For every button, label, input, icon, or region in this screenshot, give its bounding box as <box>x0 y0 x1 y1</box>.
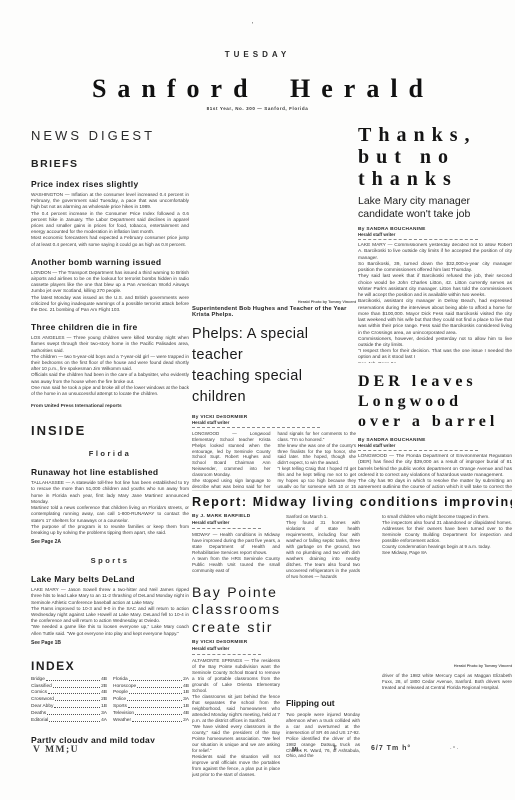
byline-block: By SANDRA BOUCHANINE Herald staff writer <box>358 438 512 451</box>
bottom-column-b: Sanford on March 1. They found 31 homes … <box>286 514 360 778</box>
bottom-column-a: By J. MARK BARFIELD Herald staff writer … <box>192 514 280 778</box>
thanks-body: LAKE MARY — Commissioners yesterday deci… <box>358 243 512 363</box>
index-name: Bridge <box>31 677 45 682</box>
dot-leader <box>137 685 182 688</box>
section-kicker: Sports <box>31 556 189 565</box>
dot-leader <box>47 712 100 715</box>
index-page: 4B <box>101 690 107 695</box>
index-name: Deaths <box>31 711 46 716</box>
dot-leader <box>129 691 182 694</box>
phelps-article-column: Herald Photo by Tommy Vincent Superinten… <box>192 120 356 488</box>
index-page: 4B <box>183 684 189 689</box>
news-digest-title: NEWS DIGEST <box>31 128 189 143</box>
brief-article: Price index rises slightly WASHINGTON — … <box>31 179 189 248</box>
der-headline: DER leaves Longwood over a barrel <box>358 372 512 432</box>
flipping-out-continuation: driver of the 1982 white Mercury Capri a… <box>382 673 512 691</box>
news-digest-column: NEWS DIGEST BRIEFS Price index rises sli… <box>31 128 189 743</box>
day-banner: TUESDAY <box>0 50 515 59</box>
brief-article: Three children die in fire LOS ANGELES —… <box>31 322 189 397</box>
dot-leader <box>55 698 100 701</box>
dot-leader <box>135 712 182 715</box>
der-body: LONGWOOD — The Florida Department of Env… <box>358 454 512 488</box>
byline-title: Herald staff writer <box>192 646 261 655</box>
dot-leader <box>128 705 182 708</box>
index-name: Comics <box>31 690 47 695</box>
brief-headline: Price index rises slightly <box>31 179 189 189</box>
index-name: Crossword <box>31 697 54 702</box>
index-entry: Dear Abby1B <box>31 704 107 709</box>
index-column-left: Bridge4B Classified2B Comics4B Crossword… <box>31 677 107 725</box>
index-page: 1B <box>101 704 107 709</box>
index-page: 3A <box>101 711 107 716</box>
masthead-subtitle: 81st Year, No. 300 — Sanford, Florida <box>0 106 515 111</box>
washed-out-photo <box>192 120 356 298</box>
dot-leader <box>132 719 182 722</box>
brief-headline: Another bomb warning issued <box>31 257 189 267</box>
index-entry: Horoscope4B <box>113 684 189 689</box>
photo-credit: Herald Photo by Tommy Vincent <box>382 664 512 669</box>
thanks-headline: Thanks, but no thanks <box>358 124 512 190</box>
newspaper-front-page: ' TUESDAY Sanford Herald 81st Year, No. … <box>0 0 515 800</box>
scan-artifact-text: 6/7 Tm h° <box>371 745 411 752</box>
index-entry: Police3A <box>113 697 189 702</box>
section-kicker: Florida <box>31 449 189 458</box>
scan-artifact-text: V MM;U <box>33 745 79 755</box>
index-page: 4B <box>183 711 189 716</box>
right-column: Thanks, but no thanks Lake Mary city man… <box>358 124 512 488</box>
index-column-right: Florida2A Horoscope4B People1B Police3A … <box>113 677 189 725</box>
brief-body: LONDON — The Transport Department has is… <box>31 270 189 313</box>
index-name: Editorial <box>31 718 48 723</box>
byline-block: By VICKI DeSORMIER Herald staff writer <box>192 415 356 428</box>
index-page: 2B <box>101 697 107 702</box>
phelps-body: LONGWOOD — Longwood Elementary School te… <box>192 431 356 488</box>
byline-title: Herald staff writer <box>358 232 478 240</box>
scan-artifact-text: Mi . <box>292 747 301 753</box>
byline-title: Herald staff writer <box>358 443 478 451</box>
byline-block: By VICKI DeSORMIER Herald staff writer <box>192 640 280 655</box>
index-name: People <box>113 690 128 695</box>
brief-headline: Three children die in fire <box>31 322 189 332</box>
index-name: Police <box>113 697 126 702</box>
midway-body-part1: MIDWAY — Health conditions in Midway hav… <box>192 532 280 574</box>
inside-headline: Runaway hot line established <box>31 467 189 477</box>
index-entry: Deaths3A <box>31 711 107 716</box>
index-page: 3A <box>183 697 189 702</box>
see-page-ref: See Page 2A <box>31 539 189 545</box>
index-name: Sports <box>113 704 127 709</box>
phelps-headline: Phelps: A special teacher teaching speci… <box>192 324 356 408</box>
inside-body: LAKE MARY — Jason Sowell threw a two-hit… <box>31 587 189 637</box>
brief-article: Another bomb warning issued LONDON — The… <box>31 257 189 313</box>
fold-mark: ' <box>252 22 253 29</box>
dot-leader <box>46 678 100 681</box>
masthead-title: Sanford Herald <box>0 74 515 104</box>
midway-body-part3: to small children who might become trapp… <box>382 514 512 556</box>
briefs-title: BRIEFS <box>31 158 189 170</box>
index-entry: Crossword2B <box>31 697 107 702</box>
byline-title: Herald staff writer <box>192 520 261 529</box>
baypointe-headline: Bay Pointe classrooms create stir <box>192 584 280 637</box>
index-page: 2A <box>183 677 189 682</box>
index-entry: Comics4B <box>31 690 107 695</box>
scan-artifact-text: T <box>333 746 337 752</box>
inside-title: INSIDE <box>31 423 189 438</box>
scan-artifact-text: · ° · <box>450 746 458 752</box>
dot-leader <box>127 698 182 701</box>
index-name: Horoscope <box>113 684 136 689</box>
brief-body: WASHINGTON — Inflation at the consumer l… <box>31 192 189 248</box>
photo-credit: Herald Photo by Tommy Vincent <box>192 300 356 304</box>
inside-body: TALLAHASSEE — A statewide toll-free hot … <box>31 480 189 536</box>
index-entry: Bridge4B <box>31 677 107 682</box>
brief-body: LOS ANGELES — Three young children were … <box>31 335 189 397</box>
index-entry: Classified2B <box>31 684 107 689</box>
bottom-column-c: to small children who might become trapp… <box>382 514 512 778</box>
dot-leader <box>48 691 100 694</box>
index-name: Dear Abby <box>31 704 53 709</box>
dot-leader <box>54 705 100 708</box>
thanks-subhead: Lake Mary city manager candidate won't t… <box>358 195 512 221</box>
flipping-out-headline: Flipping out <box>286 698 360 709</box>
index-name: Classified <box>31 684 52 689</box>
dot-leader <box>53 685 100 688</box>
index-entry: People1B <box>113 690 189 695</box>
midway-headline: Report: Midway living conditions improvi… <box>192 495 512 509</box>
index-page: 1B <box>183 704 189 709</box>
byline-title: Herald staff writer <box>192 420 320 428</box>
see-page-ref: See Page 1B <box>31 640 189 646</box>
index-title: INDEX <box>31 659 189 673</box>
index-name: Weather <box>113 718 131 723</box>
index-page: 1B <box>183 690 189 695</box>
byline-block: By J. MARK BARFIELD Herald staff writer <box>192 514 280 529</box>
weather-headline: Partly cloudy and mild today <box>31 735 189 743</box>
bottom-columns: By J. MARK BARFIELD Herald staff writer … <box>192 514 512 778</box>
baypointe-body: ALTAMONTE SPRINGS — The residents of the… <box>192 658 280 778</box>
inside-section-sports: Sports Lake Mary belts DeLand LAKE MARY … <box>31 556 189 646</box>
dot-leader <box>49 719 100 722</box>
index-entry: Florida2A <box>113 677 189 682</box>
byline-block: By SANDRA BOUCHANINE Herald staff writer <box>358 227 512 240</box>
index-table: Bridge4B Classified2B Comics4B Crossword… <box>31 677 189 725</box>
inside-section-florida: Florida Runaway hot line established TAL… <box>31 449 189 545</box>
bottom-section: Report: Midway living conditions improvi… <box>192 490 512 778</box>
midway-body-part2: Sanford on March 1. They found 31 homes … <box>286 514 360 580</box>
index-entry: Weather2A <box>113 718 189 723</box>
index-name: Television <box>113 711 134 716</box>
index-entry: Sports1B <box>113 704 189 709</box>
index-page: 2A <box>183 718 189 723</box>
dot-leader <box>129 678 182 681</box>
briefs-footer: From United Press International reports <box>31 404 189 409</box>
index-name: Florida <box>113 677 128 682</box>
index-entry: Editorial4A <box>31 718 107 723</box>
photo-caption: Superintendent Bob Hughes and Teacher of… <box>192 306 356 318</box>
index-page: 4B <box>101 677 107 682</box>
inside-headline: Lake Mary belts DeLand <box>31 574 189 584</box>
index-page: 2B <box>101 684 107 689</box>
index-page: 4A <box>101 718 107 723</box>
index-entry: Television4B <box>113 711 189 716</box>
